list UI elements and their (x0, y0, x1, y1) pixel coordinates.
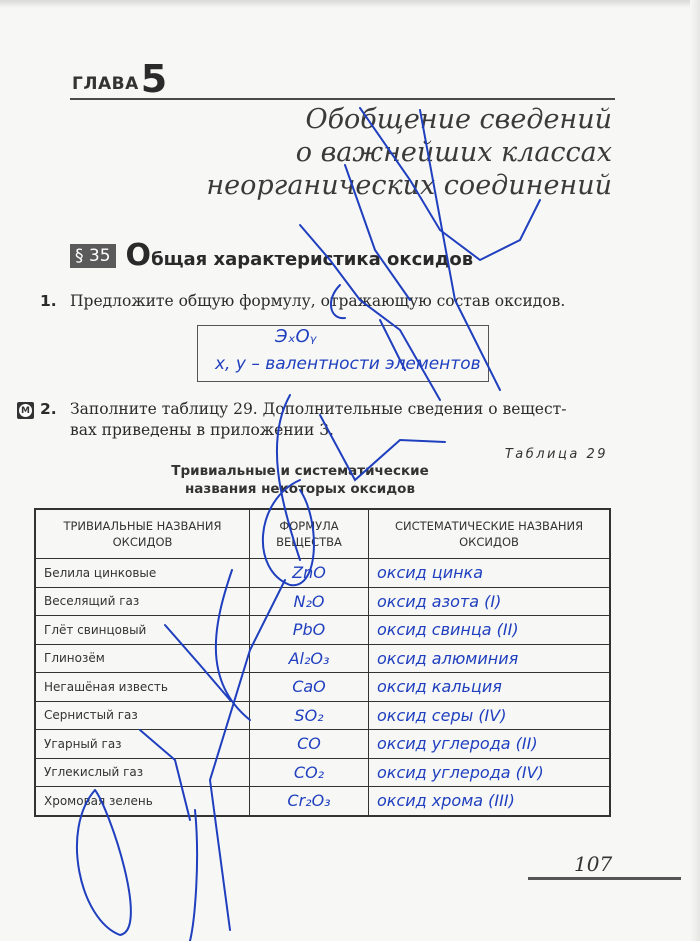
formula-cell[interactable]: ZnO (250, 559, 369, 588)
handwritten-note: x, y – валентности элементов (215, 354, 481, 374)
trivial-name-cell: Угарный газ (35, 730, 250, 759)
systematic-name-cell[interactable]: оксид кальция (369, 673, 611, 702)
table-caption: Тривиальные и систематические названия н… (160, 462, 440, 498)
chapter-number: 5 (141, 62, 167, 96)
section-badge: § 35 (70, 244, 116, 268)
table-row: Глёт свинцовыйPbOоксид свинца (II) (35, 616, 610, 645)
table-row: Сернистый газSO₂оксид серы (IV) (35, 701, 610, 730)
header-trivial: ТРИВИАЛЬНЫЕ НАЗВАНИЯОКСИДОВ (35, 509, 250, 559)
systematic-name-cell[interactable]: оксид углерода (II) (369, 730, 611, 759)
task-number: 2. (40, 399, 57, 420)
systematic-name-cell[interactable]: оксид алюминия (369, 644, 611, 673)
formula-cell[interactable]: CO (250, 730, 369, 759)
table-row: Хромовая зеленьCr₂O₃оксид хрома (III) (35, 787, 610, 816)
chapter-title: Обобщение сведений о важнейших классах н… (206, 103, 612, 202)
table-row: Белила цинковыеZnOоксид цинка (35, 559, 610, 588)
task-1: 1. Предложите общую формулу, отражающую … (40, 291, 660, 313)
trivial-name-cell: Веселящий газ (35, 587, 250, 616)
table-row: Углекислый газCO₂оксид углерода (IV) (35, 758, 610, 787)
oxides-table: ТРИВИАЛЬНЫЕ НАЗВАНИЯОКСИДОВ ФОРМУЛАВЕЩЕС… (34, 508, 611, 817)
page-number: 107 (574, 852, 612, 876)
page-edge (690, 0, 700, 941)
formula-cell[interactable]: SO₂ (250, 701, 369, 730)
trivial-name-cell: Глёт свинцовый (35, 616, 250, 645)
trivial-name-cell: Углекислый газ (35, 758, 250, 787)
formula-cell[interactable]: Al₂O₃ (250, 644, 369, 673)
task-2: 2. Заполните таблицу 29. Дополнительные … (40, 399, 660, 443)
chapter-title-line: неорганических соединений (206, 169, 612, 202)
trivial-name-cell: Глинозём (35, 644, 250, 673)
formula-cell[interactable]: Cr₂O₃ (250, 787, 369, 816)
m-icon: М (17, 402, 34, 419)
trivial-name-cell: Негашёная известь (35, 673, 250, 702)
scan-shadow (0, 0, 700, 8)
systematic-name-cell[interactable]: оксид серы (IV) (369, 701, 611, 730)
systematic-name-cell[interactable]: оксид свинца (II) (369, 616, 611, 645)
task-text-line: вах приведены в приложении 3. (70, 420, 334, 441)
task-number: 1. (40, 291, 57, 312)
task-text-line: Заполните таблицу 29. Дополнительные све… (70, 399, 566, 420)
task-text: Предложите общую формулу, отражающую сос… (70, 291, 565, 312)
table-row: Веселящий газN₂Oоксид азота (I) (35, 587, 610, 616)
trivial-name-cell: Сернистый газ (35, 701, 250, 730)
formula-cell[interactable]: N₂O (250, 587, 369, 616)
chapter-divider (70, 98, 615, 100)
table-row: Негашёная известьCaOоксид кальция (35, 673, 610, 702)
handwritten-formula: ЭₓOᵧ (275, 326, 316, 347)
formula-cell[interactable]: CaO (250, 673, 369, 702)
table-label: Таблица 29 (505, 447, 608, 462)
header-systematic: СИСТЕМАТИЧЕСКИЕ НАЗВАНИЯОКСИДОВ (369, 509, 611, 559)
page-number-rule (528, 877, 681, 880)
table-header-row: ТРИВИАЛЬНЫЕ НАЗВАНИЯОКСИДОВ ФОРМУЛАВЕЩЕС… (35, 509, 610, 559)
table-row: ГлинозёмAl₂O₃оксид алюминия (35, 644, 610, 673)
workbook-page: ГЛАВА 5 Обобщение сведений о важнейших к… (0, 0, 700, 941)
chapter-title-line: о важнейших классах (206, 136, 612, 169)
section-heading: § 35 Общая характеристика оксидов (70, 238, 473, 273)
chapter-heading: ГЛАВА 5 (72, 62, 167, 96)
chapter-word: ГЛАВА (72, 74, 139, 94)
formula-cell[interactable]: PbO (250, 616, 369, 645)
systematic-name-cell[interactable]: оксид хрома (III) (369, 787, 611, 816)
systematic-name-cell[interactable]: оксид цинка (369, 559, 611, 588)
header-formula: ФОРМУЛАВЕЩЕСТВА (250, 509, 369, 559)
formula-cell[interactable]: CO₂ (250, 758, 369, 787)
chapter-title-line: Обобщение сведений (206, 103, 612, 136)
trivial-name-cell: Хромовая зелень (35, 787, 250, 816)
section-title: Общая характеристика оксидов (126, 238, 474, 273)
systematic-name-cell[interactable]: оксид азота (I) (369, 587, 611, 616)
trivial-name-cell: Белила цинковые (35, 559, 250, 588)
table-row: Угарный газCOоксид углерода (II) (35, 730, 610, 759)
systematic-name-cell[interactable]: оксид углерода (IV) (369, 758, 611, 787)
